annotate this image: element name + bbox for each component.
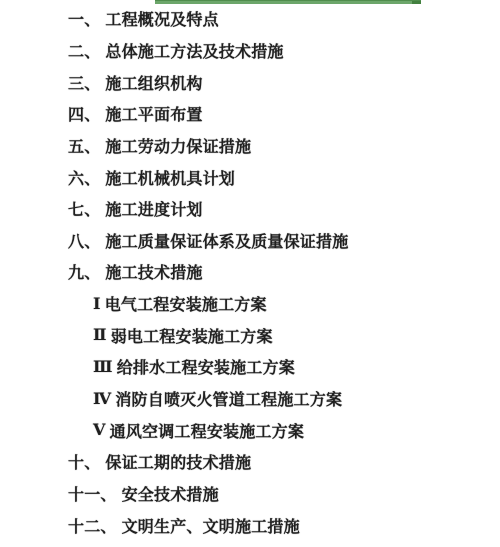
toc-item-number: Ⅲ — [93, 357, 113, 377]
toc-item-title: 安全技术措施 — [122, 482, 219, 505]
toc-item-title: 消防自喷灭火管道工程施工方案 — [115, 387, 342, 410]
toc-item-number: 七、 — [68, 197, 100, 220]
toc-item-title: 保证工期的技术措施 — [105, 450, 251, 473]
toc-item-title: 施工组织机构 — [105, 71, 202, 94]
toc-item: Ⅰ 电气工程安装施工方案 — [0, 288, 500, 320]
toc-item: Ⅴ 通风空调工程安装施工方案 — [0, 414, 500, 446]
toc-item-title: 给排水工程安装施工方案 — [117, 355, 295, 378]
toc-item: Ⅳ 消防自喷灭火管道工程施工方案 — [0, 383, 500, 415]
toc-item-number: 八、 — [68, 229, 100, 252]
toc-list: 一、 工程概况及特点 二、 总体施工方法及技术措施 三、 施工组织机构 四、 施… — [0, 3, 500, 541]
toc-item-title: 施工劳动力保证措施 — [105, 134, 251, 157]
toc-item-title: 施工进度计划 — [105, 197, 202, 220]
toc-item: 九、 施工技术措施 — [0, 256, 500, 288]
toc-item-number: 十、 — [68, 450, 100, 473]
toc-item-number: 三、 — [68, 71, 100, 94]
toc-item: 四、 施工平面布置 — [0, 98, 500, 130]
toc-item-title: 电气工程安装施工方案 — [105, 292, 267, 315]
toc-item-title: 通风空调工程安装施工方案 — [110, 419, 304, 442]
toc-item: 七、 施工进度计划 — [0, 193, 500, 225]
toc-item: 五、 施工劳动力保证措施 — [0, 130, 500, 162]
toc-item-title: 工程概况及特点 — [105, 7, 218, 30]
document-page: 一、 工程概况及特点 二、 总体施工方法及技术措施 三、 施工组织机构 四、 施… — [0, 0, 500, 547]
toc-item-number: 二、 — [68, 39, 100, 62]
toc-item-number: 十一、 — [68, 482, 117, 505]
toc-item-title: 弱电工程安装施工方案 — [111, 324, 273, 347]
toc-item: 二、 总体施工方法及技术措施 — [0, 35, 500, 67]
toc-item: 三、 施工组织机构 — [0, 66, 500, 98]
toc-item-title: 施工技术措施 — [105, 260, 202, 283]
toc-item: Ⅱ 弱电工程安装施工方案 — [0, 319, 500, 351]
toc-item: 六、 施工机械机具计划 — [0, 161, 500, 193]
toc-item: 一、 工程概况及特点 — [0, 3, 500, 35]
toc-item-number: 一、 — [68, 7, 100, 30]
toc-item: Ⅲ 给排水工程安装施工方案 — [0, 351, 500, 383]
toc-item-title: 文明生产、文明施工措施 — [122, 514, 300, 537]
toc-item-title: 施工平面布置 — [105, 102, 202, 125]
toc-item-number: 五、 — [68, 134, 100, 157]
toc-item-number: 六、 — [68, 166, 100, 189]
toc-item-number: Ⅳ — [93, 389, 111, 409]
toc-item-number: 十二、 — [68, 514, 117, 537]
toc-item: 十二、 文明生产、文明施工措施 — [0, 509, 500, 541]
toc-item-title: 施工质量保证体系及质量保证措施 — [105, 229, 348, 252]
toc-item-number: 四、 — [68, 102, 100, 125]
toc-item-title: 总体施工方法及技术措施 — [105, 39, 283, 62]
toc-item-number: Ⅱ — [93, 325, 107, 345]
toc-item: 十一、 安全技术措施 — [0, 478, 500, 510]
toc-item: 十、 保证工期的技术措施 — [0, 446, 500, 478]
toc-item-number: Ⅰ — [93, 294, 101, 314]
toc-item: 八、 施工质量保证体系及质量保证措施 — [0, 224, 500, 256]
toc-item-number: 九、 — [68, 260, 100, 283]
toc-item-title: 施工机械机具计划 — [105, 166, 235, 189]
toc-item-number: Ⅴ — [93, 420, 106, 440]
